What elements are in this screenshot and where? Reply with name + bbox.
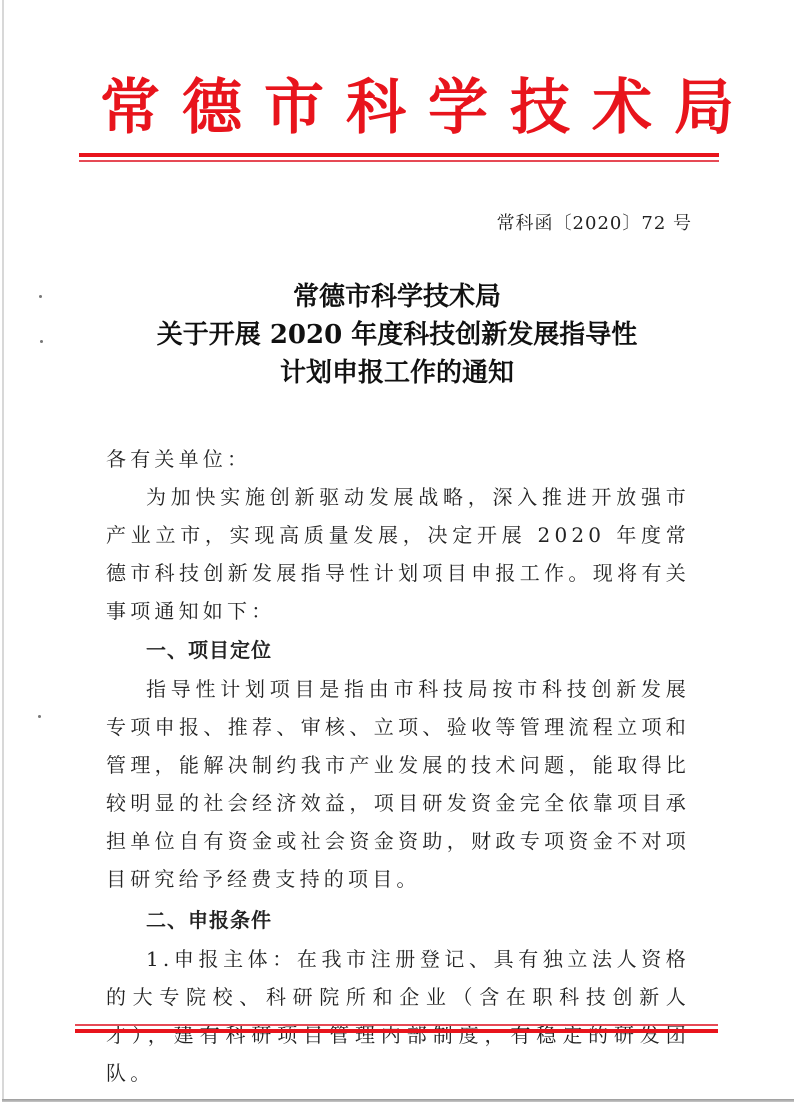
letterhead-rule-thick — [79, 153, 719, 157]
section-paragraph: 指导性计划项目是指由市科技局按市科技创新发展专项申报、推荐、审核、立项、验收等管… — [106, 670, 690, 898]
section-paragraph: 1.申报主体：在我市注册登记、具有独立法人资格的大专院校、科研院所和企业（含在职… — [106, 940, 690, 1092]
document-number: 常科函〔2020〕72 号 — [497, 210, 692, 238]
letterhead-org-name: 常德市科学技术局 — [100, 68, 720, 148]
document-title: 常德市科学技术局 关于开展 2020 年度科技创新发展指导性 计划申报工作的通知 — [0, 278, 794, 392]
scan-speck — [38, 715, 41, 718]
document-body: 各有关单位： 为加快实施创新驱动发展战略，深入推进开放强市产业立市，实现高质量发… — [106, 440, 690, 1092]
title-line-2: 关于开展 2020 年度科技创新发展指导性 — [0, 316, 794, 354]
intro-paragraph: 为加快实施创新驱动发展战略，深入推进开放强市产业立市，实现高质量发展，决定开展 … — [106, 478, 690, 630]
page-edge-left — [2, 0, 4, 1100]
footer-rule-thin — [75, 1024, 718, 1026]
title-line-3: 计划申报工作的通知 — [0, 354, 794, 392]
footer-rule-thick — [75, 1029, 718, 1033]
salutation: 各有关单位： — [106, 440, 690, 478]
section-heading-positioning: 一、项目定位 — [106, 630, 690, 670]
section-heading-conditions: 二、申报条件 — [106, 900, 690, 940]
title-line-1: 常德市科学技术局 — [0, 278, 794, 316]
page-edge-bottom — [2, 1099, 794, 1102]
letterhead-rule-thin — [79, 160, 719, 162]
